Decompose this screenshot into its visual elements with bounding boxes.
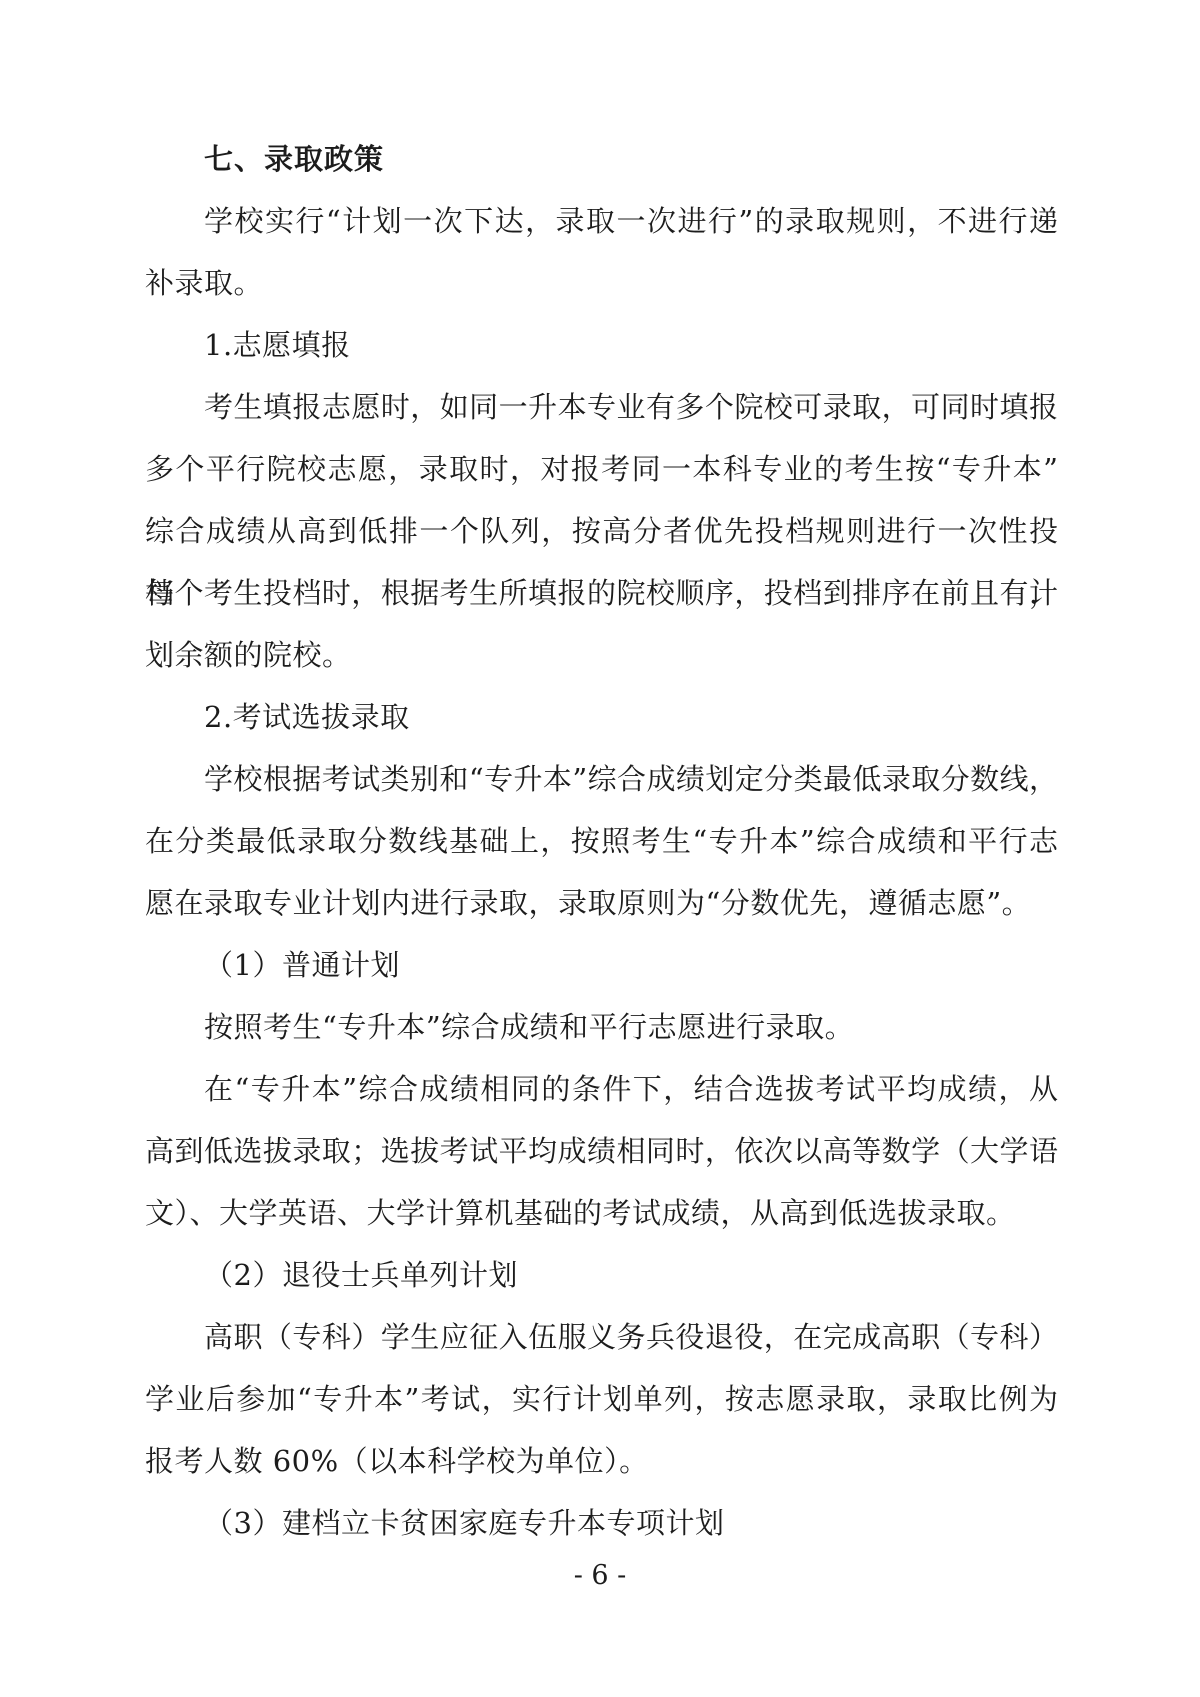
text-line: （3）建档立卡贫困家庭专升本专项计划 xyxy=(145,1492,1058,1554)
text-line: 综合成绩从高到低排一个队列，按高分者优先投档规则进行一次性投档， xyxy=(145,500,1058,562)
text-line: 多个平行院校志愿，录取时，对报考同一本科专业的考生按“专升本” xyxy=(145,438,1058,500)
page-number: - 6 - xyxy=(0,1556,1200,1596)
section-heading: 七、录取政策 xyxy=(145,128,1058,190)
document-page: 七、录取政策学校实行“计划一次下达，录取一次进行”的录取规则，不进行递补录取。1… xyxy=(0,0,1200,1697)
text-line: 1.志愿填报 xyxy=(145,314,1058,376)
text-line: 考生填报志愿时，如同一升本专业有多个院校可录取，可同时填报 xyxy=(145,376,1058,438)
text-line: 愿在录取专业计划内进行录取，录取原则为“分数优先，遵循志愿”。 xyxy=(145,872,1058,934)
text-line: 学校根据考试类别和“专升本”综合成绩划定分类最低录取分数线， xyxy=(145,748,1058,810)
text-line: 高到低选拔录取；选拔考试平均成绩相同时，依次以高等数学（大学语 xyxy=(145,1120,1058,1182)
text-line: 划余额的院校。 xyxy=(145,624,1058,686)
text-line: 每个考生投档时，根据考生所填报的院校顺序，投档到排序在前且有计 xyxy=(145,562,1058,624)
text-line: 报考人数 60%（以本科学校为单位）。 xyxy=(145,1430,1058,1492)
text-line: （1）普通计划 xyxy=(145,934,1058,996)
text-line: 补录取。 xyxy=(145,252,1058,314)
document-body: 七、录取政策学校实行“计划一次下达，录取一次进行”的录取规则，不进行递补录取。1… xyxy=(145,128,1058,1554)
text-line: 在“专升本”综合成绩相同的条件下，结合选拔考试平均成绩，从 xyxy=(145,1058,1058,1120)
text-line: 2.考试选拔录取 xyxy=(145,686,1058,748)
text-line: 文）、大学英语、大学计算机基础的考试成绩，从高到低选拔录取。 xyxy=(145,1182,1058,1244)
text-line: 学业后参加“专升本”考试，实行计划单列，按志愿录取，录取比例为 xyxy=(145,1368,1058,1430)
text-line: 按照考生“专升本”综合成绩和平行志愿进行录取。 xyxy=(145,996,1058,1058)
text-line: 学校实行“计划一次下达，录取一次进行”的录取规则，不进行递 xyxy=(145,190,1058,252)
text-line: 在分类最低录取分数线基础上，按照考生“专升本”综合成绩和平行志 xyxy=(145,810,1058,872)
text-line: 高职（专科）学生应征入伍服义务兵役退役，在完成高职（专科） xyxy=(145,1306,1058,1368)
text-line: （2）退役士兵单列计划 xyxy=(145,1244,1058,1306)
